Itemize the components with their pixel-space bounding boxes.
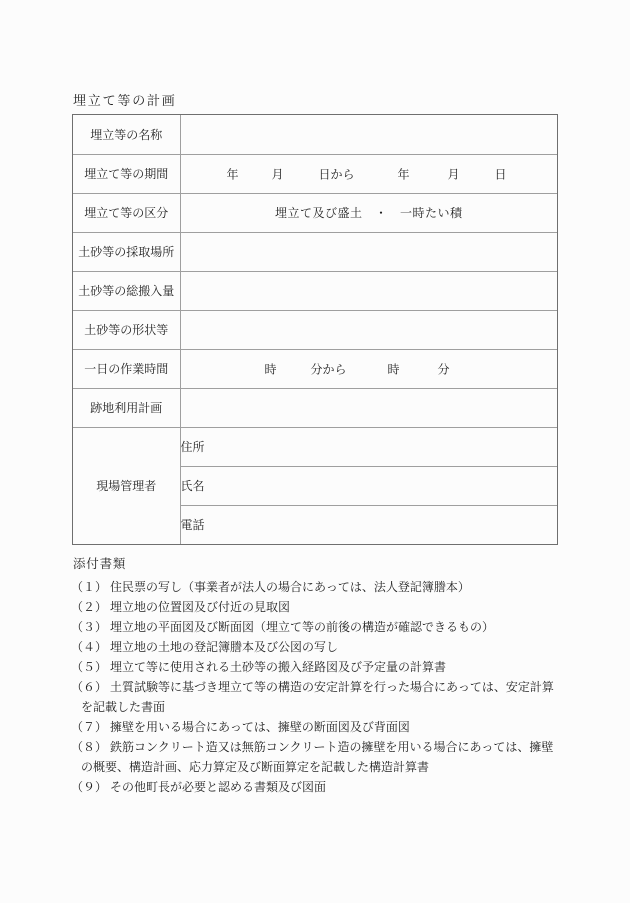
attachments-list: （１） 住民票の写し（事業者が法人の場合にあっては、法人登記簿謄本）（２） 埋立… (71, 577, 571, 797)
attachment-item: （８） 鉄筋コンクリート造又は無筋コンクリート造の擁壁を用いる場合にあっては、擁… (71, 737, 571, 757)
attachment-item: （４） 埋立地の土地の登記簿謄本及び公図の写し (71, 637, 571, 657)
table-row: 土砂等の形状等 (73, 310, 557, 349)
period-value-cell: 年 月 日から 年 月 日 (180, 154, 557, 193)
category-value: 埋立て及び盛土 ・ 一時たい積 (180, 193, 557, 232)
document-page: 埋立て等の計画 埋立等の名称 埋立て等の期間 年 月 日から 年 月 日 埋立て… (0, 0, 630, 903)
period-token-day-to: 日 (495, 165, 507, 182)
time-token-minute-to: 分 (438, 360, 450, 377)
table-row: 埋立て等の区分 埋立て及び盛土 ・ 一時たい積 (73, 193, 557, 232)
manager-phone-cell: 電話 (180, 505, 557, 544)
row-label: 埋立て等の期間 (73, 154, 180, 193)
attachment-item: （２） 埋立地の位置図及び付近の見取図 (71, 597, 571, 617)
attachment-item-continuation: を記載した書面 (71, 697, 571, 717)
plan-table-frame: 埋立等の名称 埋立て等の期間 年 月 日から 年 月 日 埋立て等の区分 埋立て… (72, 114, 558, 545)
table-row: 跡地利用計画 (73, 388, 557, 427)
row-value-cell (180, 388, 557, 427)
row-label: 土砂等の形状等 (73, 310, 180, 349)
attachment-item: （７） 擁壁を用いる場合にあっては、擁壁の断面図及び背面図 (71, 717, 571, 737)
manager-label-cell: 現場管理者 (73, 427, 180, 544)
time-token-hour-from: 時 (265, 360, 277, 377)
worktime-value-cell: 時 分から 時 分 (180, 349, 557, 388)
attachment-item: （６） 土質試験等に基づき埋立て等の構造の安定計算を行った場合にあっては、安定計… (71, 677, 571, 697)
period-token-year-to: 年 (398, 165, 410, 182)
row-label: 跡地利用計画 (73, 388, 180, 427)
period-token-year-from: 年 (227, 165, 239, 182)
attachment-item: （５） 埋立て等に使用される土砂等の搬入経路図及び予定量の計算書 (71, 657, 571, 677)
period-token-month-to: 月 (448, 165, 460, 182)
row-label: 土砂等の採取場所 (73, 232, 180, 271)
table-row: 埋立て等の期間 年 月 日から 年 月 日 (73, 154, 557, 193)
row-value-cell (180, 310, 557, 349)
page-title: 埋立て等の計画 (73, 93, 177, 109)
plan-table: 埋立等の名称 埋立て等の期間 年 月 日から 年 月 日 埋立て等の区分 埋立て… (73, 115, 557, 544)
table-row: 埋立等の名称 (73, 115, 557, 154)
time-token-hour-to: 時 (388, 360, 400, 377)
attachment-item-continuation: の概要、構造計画、応力算定及び断面算定を記載した構造計算書 (71, 757, 571, 777)
attachment-item: （１） 住民票の写し（事業者が法人の場合にあっては、法人登記簿謄本） (71, 577, 571, 597)
row-label: 埋立て等の区分 (73, 193, 180, 232)
row-value-cell (180, 232, 557, 271)
manager-address-cell: 住所 (180, 427, 557, 466)
period-token-day-from: 日から (319, 165, 355, 182)
table-row: 土砂等の採取場所 (73, 232, 557, 271)
manager-name-cell: 氏名 (180, 466, 557, 505)
period-token-month-from: 月 (272, 165, 284, 182)
attachment-item: （９） その他町長が必要と認める書類及び図面 (71, 777, 571, 797)
time-token-minute-from: 分から (311, 360, 347, 377)
attachments-title: 添付書類 (73, 556, 126, 572)
table-row: 一日の作業時間 時 分から 時 分 (73, 349, 557, 388)
row-value-cell (180, 271, 557, 310)
table-row: 現場管理者 住所 (73, 427, 557, 466)
row-label: 一日の作業時間 (73, 349, 180, 388)
attachment-item: （３） 埋立地の平面図及び断面図（埋立て等の前後の構造が確認できるもの） (71, 617, 571, 637)
row-label: 土砂等の総搬入量 (73, 271, 180, 310)
row-value-cell (180, 115, 557, 154)
table-row: 土砂等の総搬入量 (73, 271, 557, 310)
row-label: 埋立等の名称 (73, 115, 180, 154)
